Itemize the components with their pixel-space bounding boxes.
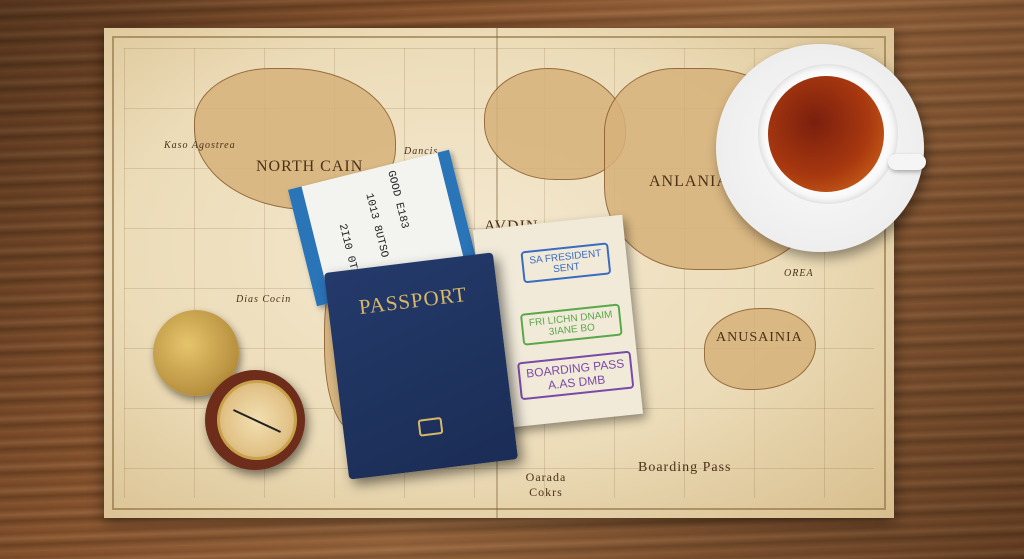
- stamp-purple: BOARDING PASS A.AS DMB: [517, 351, 635, 401]
- label-asia: ANLANIA: [649, 173, 729, 191]
- teacup-handle: [888, 154, 926, 170]
- label-pacific: Kaso Agostrea: [164, 140, 236, 151]
- stamp-blue: SA FRESIDENT SENT: [520, 242, 611, 283]
- tea-liquid: [768, 76, 884, 192]
- label-north-america: NORTH CAIN: [256, 158, 363, 176]
- label-bottom-right: Boarding Pass: [638, 460, 732, 476]
- biometric-chip-icon: [418, 417, 444, 437]
- stamp-green: FRI LICHN DNAIM 3IANE BO: [520, 303, 623, 345]
- compass-face: [217, 380, 297, 460]
- ticket-line-1: GOOD E183: [384, 169, 410, 230]
- compass: [205, 370, 305, 470]
- label-south-ocean: Oarada Cokrs: [516, 470, 576, 500]
- label-australia: ANUSAINIA: [716, 330, 803, 346]
- passport-title: PASSPORT: [327, 278, 499, 324]
- ticket-line-2: 1013 8UTSO: [362, 192, 390, 259]
- compass-needle-icon: [233, 409, 281, 433]
- label-sea-east: OREA: [784, 268, 814, 279]
- passport-cover: PASSPORT: [324, 252, 518, 479]
- label-ocean-west: Dias Cocin: [236, 294, 291, 305]
